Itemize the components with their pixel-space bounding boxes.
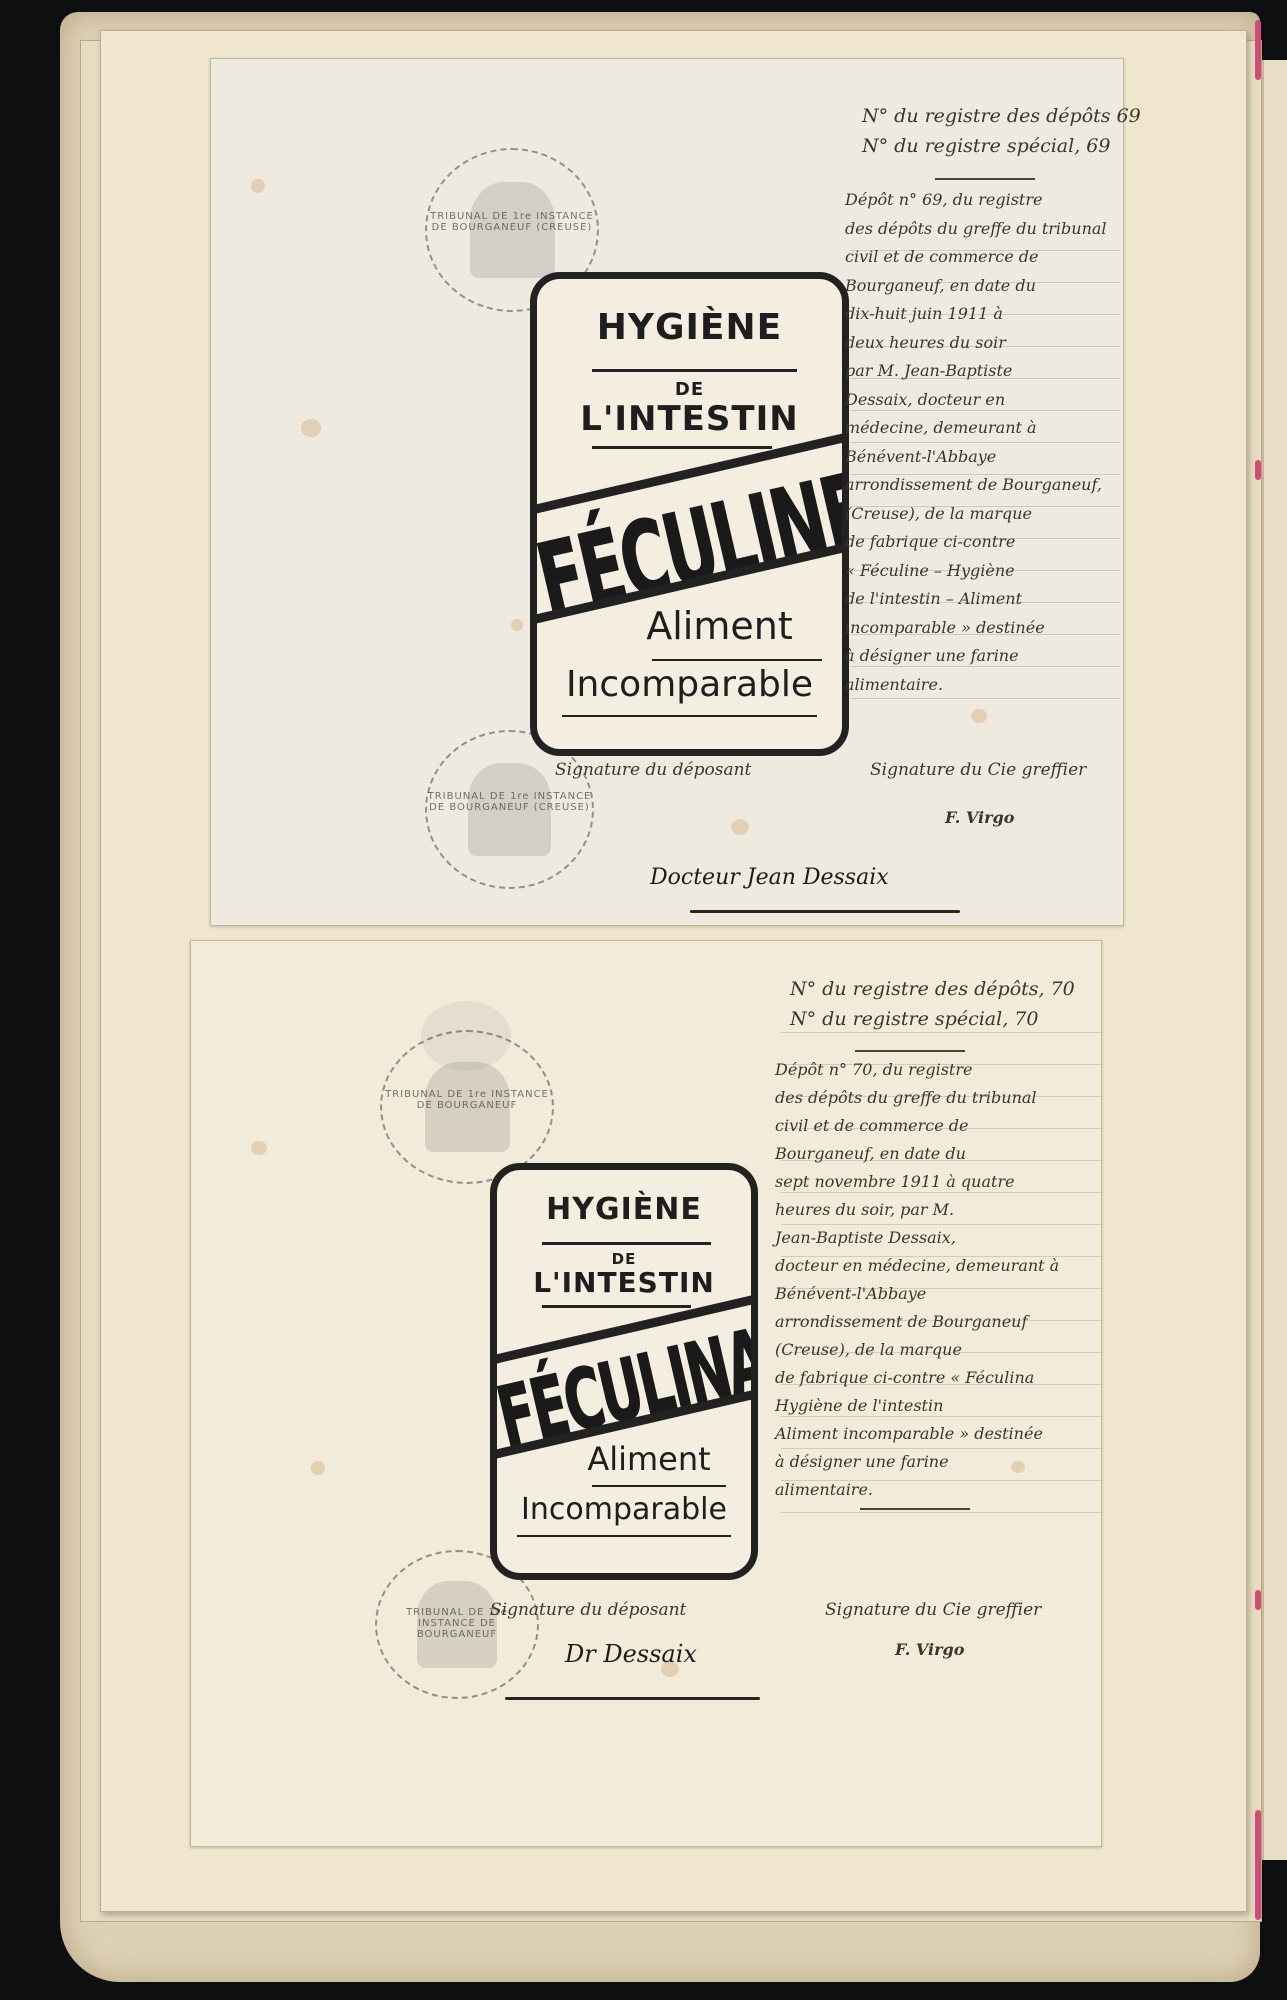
binding-string (1255, 1590, 1261, 1610)
handwritten-line: Dépôt n° 69, du registre (845, 190, 1042, 209)
handwritten-line: (Creuse), de la marque (775, 1340, 962, 1359)
handwritten-line: civil et de commerce de (845, 247, 1039, 266)
handwritten-line: médecine, demeurant à (845, 418, 1037, 437)
label-line-aliment: Aliment (537, 604, 842, 648)
handwritten-line: alimentaire. (845, 675, 943, 694)
handwritten-line: arrondissement de Bourganeuf, (845, 475, 1102, 494)
signature-underline (690, 910, 960, 913)
handwritten-line: incomparable » destinée (845, 618, 1045, 637)
handwritten-line: à désigner une farine (775, 1452, 949, 1471)
divider (860, 1508, 970, 1510)
handwritten-line: Bénévent-l'Abbaye (775, 1284, 926, 1303)
label-line-incomparable: Incomparable (537, 664, 842, 705)
handwritten-line: de fabrique ci-contre « Féculina (775, 1368, 1034, 1387)
binding-string (1255, 1810, 1261, 1920)
handwritten-line: sept novembre 1911 à quatre (775, 1172, 1015, 1191)
label-line-intestin: L'INTESTIN (537, 399, 842, 439)
handwritten-line: heures du soir, par M. (775, 1200, 954, 1219)
handwritten-line: par M. Jean-Baptiste (845, 361, 1012, 380)
register-number-line: N° du registre des dépôts, 70 (790, 978, 1075, 1000)
depositor-signature: Dr Dessaix (565, 1640, 697, 1668)
handwritten-line: civil et de commerce de (775, 1116, 969, 1135)
handwritten-line: des dépôts du greffe du tribunal (775, 1088, 1037, 1107)
special-register-number-line: N° du registre spécial, 70 (790, 1008, 1038, 1030)
divider (935, 178, 1035, 180)
handwritten-line: docteur en médecine, demeurant à (775, 1256, 1059, 1275)
depositor-signature-label: Signature du déposant (490, 1600, 686, 1620)
trademark-label-feculine: HYGIÈNE DE L'INTESTIN FÉCULINE Aliment I… (530, 272, 849, 756)
clerk-signature-label: Signature du Cie greffier (870, 760, 1086, 780)
handwritten-line: Hygiène de l'intestin (775, 1396, 943, 1415)
special-register-number-line: N° du registre spécial, 69 (862, 135, 1110, 157)
trademark-label-feculina: HYGIÈNE DE L'INTESTIN FÉCULINA Aliment I… (490, 1163, 758, 1580)
handwritten-line: Dépôt n° 70, du registre (775, 1060, 972, 1079)
handwritten-line: à désigner une farine (845, 646, 1019, 665)
handwritten-line: (Creuse), de la marque (845, 504, 1032, 523)
label-line-hygiene: HYGIÈNE (537, 307, 842, 348)
label-line-hygiene: HYGIÈNE (497, 1192, 751, 1227)
court-stamp-top: TRIBUNAL DE 1re INSTANCE DE BOURGANEUF (380, 1030, 554, 1184)
clerk-signature: F. Virgo (945, 808, 1014, 827)
handwritten-line: « Féculine – Hygiène (845, 561, 1015, 580)
binding-string (1255, 20, 1261, 80)
handwritten-line: Bourganeuf, en date du (775, 1144, 966, 1163)
handwritten-line: Bénévent-l'Abbaye (845, 447, 996, 466)
handwritten-line: Jean-Baptiste Dessaix, (775, 1228, 956, 1247)
divider (855, 1050, 965, 1052)
signature-underline (505, 1697, 760, 1700)
binding-string (1255, 460, 1261, 480)
depositor-signature-label: Signature du déposant (555, 760, 751, 780)
handwritten-line: Dessaix, docteur en (845, 390, 1005, 409)
handwritten-line: alimentaire. (775, 1480, 873, 1499)
handwritten-line: deux heures du soir (845, 333, 1006, 352)
register-number-line: N° du registre des dépôts 69 (862, 105, 1141, 127)
handwritten-line: de fabrique ci-contre (845, 532, 1015, 551)
clerk-signature-label: Signature du Cie greffier (825, 1600, 1041, 1620)
handwritten-line: dix-huit juin 1911 à (845, 304, 1003, 323)
label-line-de: DE (537, 379, 842, 400)
depositor-signature: Docteur Jean Dessaix (650, 865, 889, 890)
handwritten-line: arrondissement de Bourganeuf (775, 1312, 1027, 1331)
handwritten-line: des dépôts du greffe du tribunal (845, 219, 1107, 238)
handwritten-line: Bourganeuf, en date du (845, 276, 1036, 295)
clerk-signature: F. Virgo (895, 1640, 964, 1659)
label-line-aliment: Aliment (497, 1440, 751, 1478)
label-line-intestin: L'INTESTIN (497, 1266, 751, 1299)
handwritten-line: de l'intestin – Aliment (845, 589, 1022, 608)
label-line-incomparable: Incomparable (497, 1492, 751, 1527)
handwritten-line: Aliment incomparable » destinée (775, 1424, 1043, 1443)
right-page-edge (1262, 60, 1287, 1860)
